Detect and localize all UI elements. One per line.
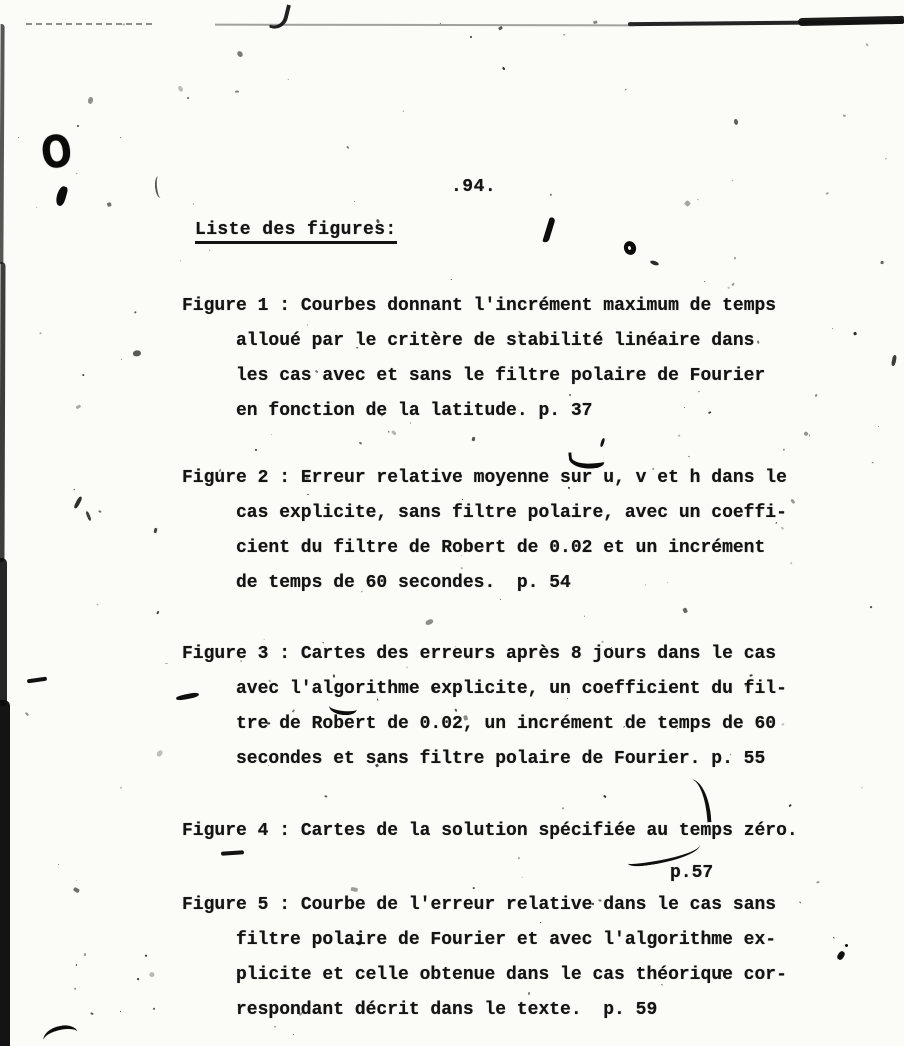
dust-speck xyxy=(731,180,733,181)
dust-speck xyxy=(696,199,698,201)
dust-speck xyxy=(403,111,404,112)
dust-speck xyxy=(470,36,473,38)
figure-entry-1: Figure 1 : Courbes donnant l'incrément m… xyxy=(182,289,904,429)
dust-speck xyxy=(82,374,84,376)
dust-speck xyxy=(825,192,829,196)
dust-speck xyxy=(134,311,137,314)
dust-speck xyxy=(288,79,289,80)
dust-speck xyxy=(120,1011,121,1012)
dust-speck xyxy=(347,145,350,148)
dust-speck xyxy=(147,970,155,978)
dust-speck xyxy=(72,488,74,490)
figure-entry-2: Figure 2 : Erreur relative moyenne sur u… xyxy=(182,461,904,601)
dust-speck xyxy=(803,431,808,436)
scan-left-edge-band-4 xyxy=(0,700,10,1046)
margin-comma-mark xyxy=(54,185,68,207)
pen-stroke-heading-right xyxy=(542,217,555,244)
dust-speck xyxy=(861,786,862,788)
scan-left-edge-band-3 xyxy=(0,558,7,706)
dust-speck xyxy=(178,85,184,92)
figure-entry-5: Figure 5 : Courbe de l'erreur relative d… xyxy=(182,888,904,1028)
dust-speck xyxy=(809,435,810,437)
dust-speck xyxy=(120,786,122,788)
dust-speck xyxy=(502,67,505,70)
figure-entry-4: Figure 4 : Cartes de la solution spécifi… xyxy=(182,814,904,849)
dust-speck xyxy=(584,615,585,616)
dust-speck xyxy=(39,332,42,335)
dust-speck xyxy=(144,954,146,957)
pen-slash-mark xyxy=(686,778,711,823)
dust-speck xyxy=(209,249,210,250)
dust-speck xyxy=(881,261,884,264)
scan-left-edge-band-1 xyxy=(0,24,5,264)
scan-top-line-tail xyxy=(798,16,904,26)
dust-speck xyxy=(603,795,606,798)
dust-speck xyxy=(733,118,738,125)
dust-speck xyxy=(733,257,735,259)
dust-speck xyxy=(76,125,78,127)
handwritten-circle-mark: O xyxy=(39,129,75,176)
page-number: .94. xyxy=(451,170,496,205)
dust-speck xyxy=(237,50,244,57)
dust-speck xyxy=(885,158,887,160)
margin-dash-1 xyxy=(27,677,47,684)
dust-speck xyxy=(179,260,181,262)
dust-speck xyxy=(682,608,688,614)
ink-mark-asterisk-dot xyxy=(845,944,848,947)
dust-speck xyxy=(154,527,158,533)
dust-speck xyxy=(271,434,272,435)
ink-dash-small xyxy=(650,260,660,267)
dust-speck xyxy=(816,880,819,883)
dust-speck xyxy=(593,20,598,23)
dust-speck xyxy=(522,877,523,878)
figure-4-page-ref: p.57 xyxy=(670,856,713,891)
dust-speck xyxy=(324,795,327,798)
dust-speck xyxy=(390,430,396,436)
dust-speck xyxy=(788,804,792,808)
dust-speck xyxy=(76,880,77,881)
pen-stroke-top-icon xyxy=(269,1,291,31)
dust-speck xyxy=(865,42,869,46)
dust-speck xyxy=(388,431,389,433)
dust-speck xyxy=(254,448,257,451)
dust-speck xyxy=(98,510,101,513)
dust-speck xyxy=(136,977,138,980)
list-of-figures-heading: Liste des figures: xyxy=(195,213,397,248)
dust-speck xyxy=(472,436,476,441)
dust-speck xyxy=(87,97,94,105)
list-of-figures-heading-text: Liste des figures: xyxy=(195,220,397,244)
dust-speck xyxy=(688,455,690,456)
dust-speck xyxy=(498,26,503,31)
margin-tick-1 xyxy=(73,496,83,509)
dust-speck xyxy=(703,280,705,282)
dust-speck xyxy=(76,404,82,409)
dust-speck xyxy=(451,279,452,280)
dust-speck xyxy=(358,442,361,445)
dust-speck xyxy=(119,137,121,139)
dust-speck xyxy=(625,88,627,90)
pen-tick-figure2 xyxy=(600,438,606,447)
dust-speck xyxy=(90,1012,94,1015)
dust-speck xyxy=(783,449,785,451)
dust-speck xyxy=(684,200,691,207)
scanned-document-page: .94. Liste des figures: Figure 1 : Courb… xyxy=(0,0,904,1046)
dust-speck xyxy=(132,350,141,356)
dust-speck xyxy=(869,605,872,608)
dust-speck xyxy=(73,887,81,894)
scan-left-edge-band-2 xyxy=(0,262,6,562)
dust-speck xyxy=(187,97,189,99)
dust-speck xyxy=(76,173,77,174)
dust-speck xyxy=(354,201,356,203)
pen-dash-figure4 xyxy=(221,850,244,856)
dust-speck xyxy=(550,194,552,197)
dust-speck xyxy=(564,34,566,35)
dust-speck xyxy=(74,988,76,990)
dust-speck xyxy=(292,1034,293,1035)
dust-speck xyxy=(58,863,59,864)
dust-speck xyxy=(156,610,159,613)
dust-speck xyxy=(731,282,735,286)
scan-top-left-dashes xyxy=(26,23,152,25)
dust-speck xyxy=(562,807,565,810)
dust-speck xyxy=(17,137,18,138)
dust-speck xyxy=(25,712,29,716)
dust-speck xyxy=(193,203,195,205)
dust-speck xyxy=(153,1007,156,1010)
dust-speck xyxy=(36,207,38,209)
paren-mark xyxy=(154,175,167,198)
dust-speck xyxy=(121,359,122,360)
dust-speck xyxy=(678,435,680,437)
dust-speck xyxy=(155,750,164,759)
dust-speck xyxy=(518,856,521,858)
dust-speck xyxy=(165,662,168,663)
dust-speck xyxy=(425,618,434,625)
margin-tick-2 xyxy=(85,511,92,521)
dust-speck xyxy=(97,603,99,605)
dust-speck xyxy=(84,953,86,956)
figure-entry-3: Figure 3 : Cartes des erreurs après 8 jo… xyxy=(182,637,904,777)
dust-speck xyxy=(842,114,846,117)
dust-speck xyxy=(76,963,78,965)
dust-speck xyxy=(107,202,112,206)
bottom-curve-stroke xyxy=(41,1023,79,1046)
dust-speck xyxy=(235,91,239,93)
